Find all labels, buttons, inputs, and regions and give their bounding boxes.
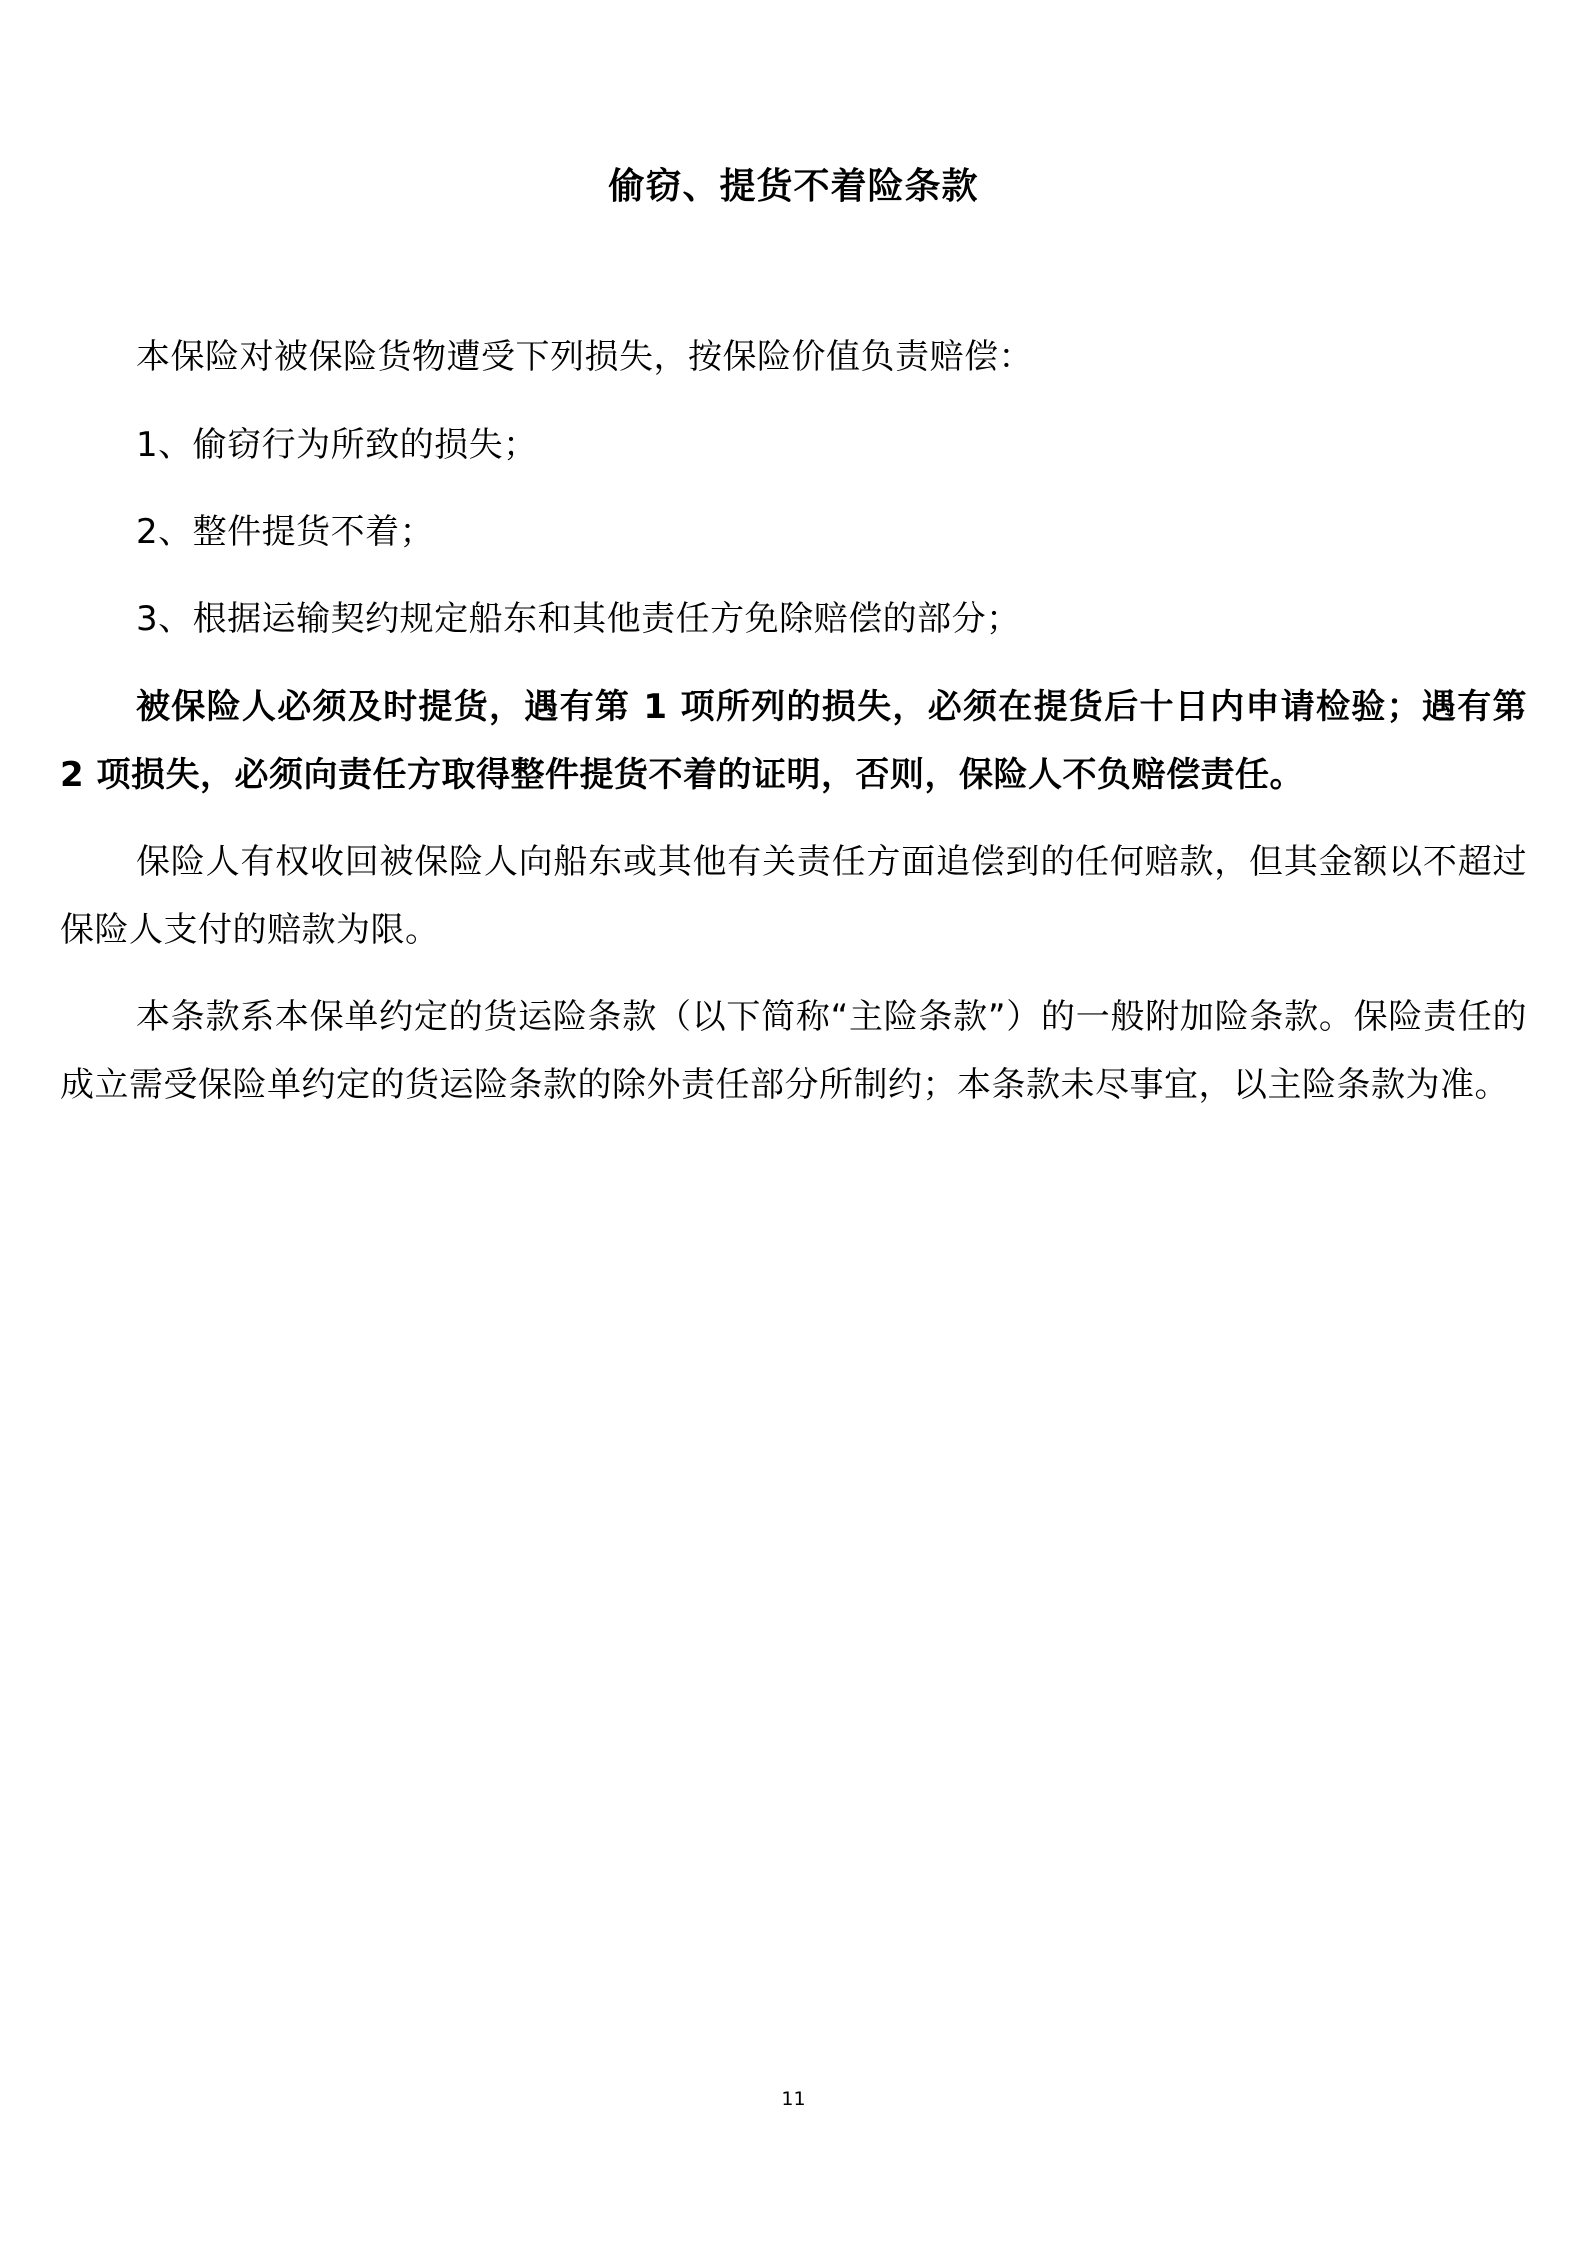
clause-relation-paragraph: 本条款系本保单约定的货运险条款（以下简称“主险条款”）的一般附加险条款。保险责任…: [60, 983, 1527, 1119]
list-item-3: 3、根据运输契约规定船东和其他责任方免除赔偿的部分；: [60, 585, 1527, 653]
page-number: 11: [0, 2088, 1587, 2110]
recovery-paragraph: 保险人有权收回被保险人向船东或其他有关责任方面追偿到的任何赔款，但其金额以不超过…: [60, 828, 1527, 964]
list-item-2: 2、整件提货不着；: [60, 498, 1527, 566]
obligation-paragraph: 被保险人必须及时提货，遇有第 1 项所列的损失，必须在提货后十日内申请检验；遇有…: [60, 673, 1527, 809]
document-title: 偷窃、提货不着险条款: [60, 158, 1527, 209]
intro-paragraph: 本保险对被保险货物遭受下列损失，按保险价值负责赔偿：: [60, 323, 1527, 391]
list-item-1: 1、偷窃行为所致的损失；: [60, 411, 1527, 479]
